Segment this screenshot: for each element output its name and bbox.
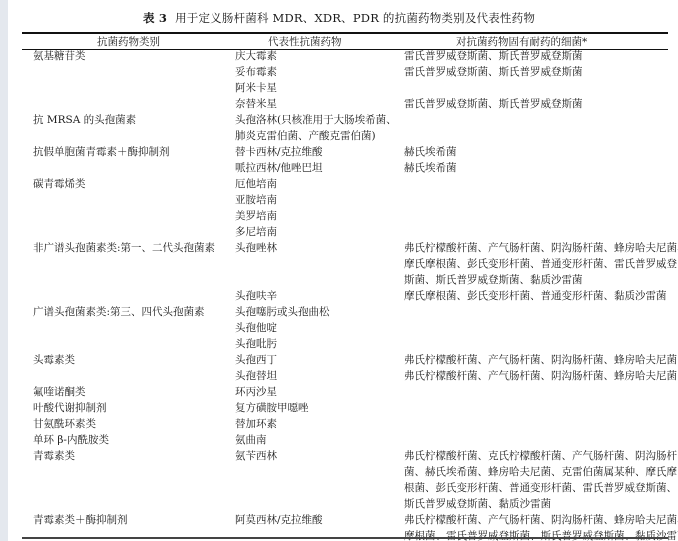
resistant-bacteria-cell: 赫氏埃希菌: [404, 160, 457, 176]
drug-cell: 头孢洛林(只核准用于大肠埃希菌、: [235, 112, 397, 128]
resistant-bacteria-cell: 弗氏柠檬酸杆菌、产气肠杆菌、阴沟肠杆菌、蜂房哈夫尼菌、摩氏: [404, 512, 678, 528]
table-number: 表 3: [143, 11, 167, 25]
table-title: 用于定义肠杆菌科 MDR、XDR、PDR 的抗菌药物类别及代表性药物: [175, 11, 535, 25]
drug-cell: 头孢噻肟或头孢曲松: [235, 304, 330, 320]
drug-cell: 奈替米星: [235, 96, 277, 112]
category-cell: 青霉素类: [33, 448, 75, 464]
drug-cell: 阿莫西林/克拉维酸: [235, 512, 323, 528]
category-cell: 广谱头孢菌素类:第三、四代头孢菌素: [33, 304, 205, 320]
category-cell: 叶酸代谢抑制剂: [33, 400, 107, 416]
drug-cell: 多尼培南: [235, 224, 277, 240]
category-cell: 单环 β-内酰胺类: [33, 432, 109, 448]
resistant-bacteria-cell: 雷氏普罗威登斯菌、斯氏普罗威登斯菌: [404, 64, 583, 80]
drug-cell: 替加环素: [235, 416, 277, 432]
drug-cell: 亚胺培南: [235, 192, 277, 208]
category-cell: 抗 MRSA 的头孢菌素: [33, 112, 136, 128]
drug-cell: 阿米卡星: [235, 80, 277, 96]
drug-cell: 替卡西林/克拉维酸: [235, 144, 323, 160]
drug-cell: 头孢他啶: [235, 320, 277, 336]
drug-cell: 头孢吡肟: [235, 336, 277, 352]
resistant-bacteria-cell: 菌、赫氏埃希菌、蜂房哈夫尼菌、克雷伯菌属某种、摩氏摩: [404, 464, 677, 480]
category-cell: 碳青霉烯类: [33, 176, 86, 192]
table-bottom-rule: [22, 537, 668, 539]
page-margin-strip: [0, 0, 8, 541]
category-cell: 青霉素类＋酶抑制剂: [33, 512, 128, 528]
drug-cell: 庆大霉素: [235, 48, 277, 64]
resistant-bacteria-cell: 雷氏普罗威登斯菌、斯氏普罗威登斯菌: [404, 48, 583, 64]
resistant-bacteria-cell: 摩氏摩根菌、彭氏变形杆菌、普通变形杆菌、雷氏普罗威登: [404, 256, 677, 272]
resistant-bacteria-cell: 摩根菌、雷氏普罗威登斯菌、斯氏普罗威登斯菌、黏质沙雷菌: [404, 528, 678, 541]
resistant-bacteria-cell: 摩氏摩根菌、彭氏变形杆菌、普通变形杆菌、黏质沙雷菌: [404, 288, 667, 304]
drug-cell: 氨苄西林: [235, 448, 277, 464]
resistant-bacteria-cell: 根菌、彭氏变形杆菌、普通变形杆菌、雷氏普罗威登斯菌、: [404, 480, 677, 496]
category-cell: 甘氨酰环素类: [33, 416, 96, 432]
drug-cell: 妥布霉素: [235, 64, 277, 80]
drug-cell: 头孢呋辛: [235, 288, 277, 304]
drug-cell: 厄他培南: [235, 176, 277, 192]
category-cell: 抗假单胞菌青霉素＋酶抑制剂: [33, 144, 170, 160]
header-representative-drug: 代表性抗菌药物: [268, 34, 342, 49]
drug-cell: 复方磺胺甲噁唑: [235, 400, 309, 416]
drug-cell: 头孢替坦: [235, 368, 277, 384]
resistant-bacteria-cell: 弗氏柠檬酸杆菌、产气肠杆菌、阴沟肠杆菌、蜂房哈夫尼菌: [404, 368, 677, 384]
drug-cell: 头孢唑林: [235, 240, 277, 256]
resistant-bacteria-cell: 弗氏柠檬酸杆菌、克氏柠檬酸杆菌、产气肠杆菌、阴沟肠杆: [404, 448, 677, 464]
resistant-bacteria-cell: 斯氏普罗威登斯菌、黏质沙雷菌: [404, 496, 551, 512]
drug-cell: 肺炎克雷伯菌、产酸克雷伯菌): [235, 128, 376, 144]
drug-cell: 美罗培南: [235, 208, 277, 224]
drug-cell: 环丙沙星: [235, 384, 277, 400]
drug-cell: 头孢西丁: [235, 352, 277, 368]
resistant-bacteria-cell: 赫氏埃希菌: [404, 144, 457, 160]
resistant-bacteria-cell: 雷氏普罗威登斯菌、斯氏普罗威登斯菌: [404, 96, 583, 112]
header-intrinsic-resistance: 对抗菌药物固有耐药的细菌*: [456, 34, 587, 49]
drug-cell: 氨曲南: [235, 432, 267, 448]
category-cell: 头霉素类: [33, 352, 75, 368]
category-cell: 氟喹诺酮类: [33, 384, 86, 400]
resistant-bacteria-cell: 弗氏柠檬酸杆菌、产气肠杆菌、阴沟肠杆菌、蜂房哈夫尼菌、: [404, 240, 678, 256]
resistant-bacteria-cell: 斯菌、斯氏普罗威登斯菌、黏质沙雷菌: [404, 272, 583, 288]
resistant-bacteria-cell: 弗氏柠檬酸杆菌、产气肠杆菌、阴沟肠杆菌、蜂房哈夫尼菌: [404, 352, 677, 368]
category-cell: 氨基糖苷类: [33, 48, 86, 64]
table-caption: 表 3用于定义肠杆菌科 MDR、XDR、PDR 的抗菌药物类别及代表性药物: [0, 10, 678, 26]
drug-cell: 哌拉西林/他唑巴坦: [235, 160, 323, 176]
header-category: 抗菌药物类别: [97, 34, 160, 49]
category-cell: 非广谱头孢菌素类:第一、二代头孢菌素: [33, 240, 215, 256]
